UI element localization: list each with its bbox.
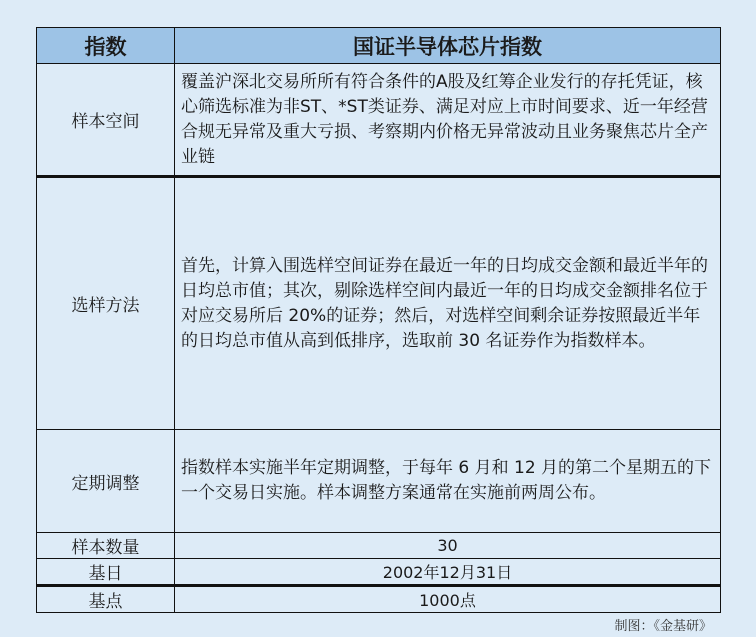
table-row-selection-method: 选样方法 首先，计算入围选样空间证券在最近一年的日均成交金额和最近半年的日均总市… <box>37 177 721 430</box>
table-row-sample-count: 样本数量 30 <box>37 533 721 559</box>
row-content: 覆盖沪深北交易所所有符合条件的A股及红筹企业发行的存托凭证，核心筛选标准为非ST… <box>175 64 721 177</box>
table-header-row: 指数 国证半导体芯片指数 <box>37 28 721 64</box>
row-label: 选样方法 <box>37 177 175 430</box>
row-label: 基日 <box>37 559 175 586</box>
table-row-base-point: 基点 1000点 <box>37 586 721 613</box>
row-content: 30 <box>175 533 721 559</box>
row-label: 样本数量 <box>37 533 175 559</box>
source-caption: 制图：《金基研》 <box>614 615 712 634</box>
row-content: 指数样本实施半年定期调整，于每年 6 月和 12 月的第二个星期五的下一个交易日… <box>175 430 721 533</box>
row-label: 定期调整 <box>37 430 175 533</box>
row-content: 2002年12月31日 <box>175 559 721 586</box>
row-label: 基点 <box>37 586 175 613</box>
index-info-table: 指数 国证半导体芯片指数 样本空间 覆盖沪深北交易所所有符合条件的A股及红筹企业… <box>36 27 721 613</box>
header-index-name: 国证半导体芯片指数 <box>175 28 721 64</box>
row-label: 样本空间 <box>37 64 175 177</box>
table-row-base-date: 基日 2002年12月31日 <box>37 559 721 586</box>
table-row-periodic-adjustment: 定期调整 指数样本实施半年定期调整，于每年 6 月和 12 月的第二个星期五的下… <box>37 430 721 533</box>
row-content: 1000点 <box>175 586 721 613</box>
table-row-sample-space: 样本空间 覆盖沪深北交易所所有符合条件的A股及红筹企业发行的存托凭证，核心筛选标… <box>37 64 721 177</box>
header-index: 指数 <box>37 28 175 64</box>
row-content: 首先，计算入围选样空间证券在最近一年的日均成交金额和最近半年的日均总市值；其次，… <box>175 177 721 430</box>
